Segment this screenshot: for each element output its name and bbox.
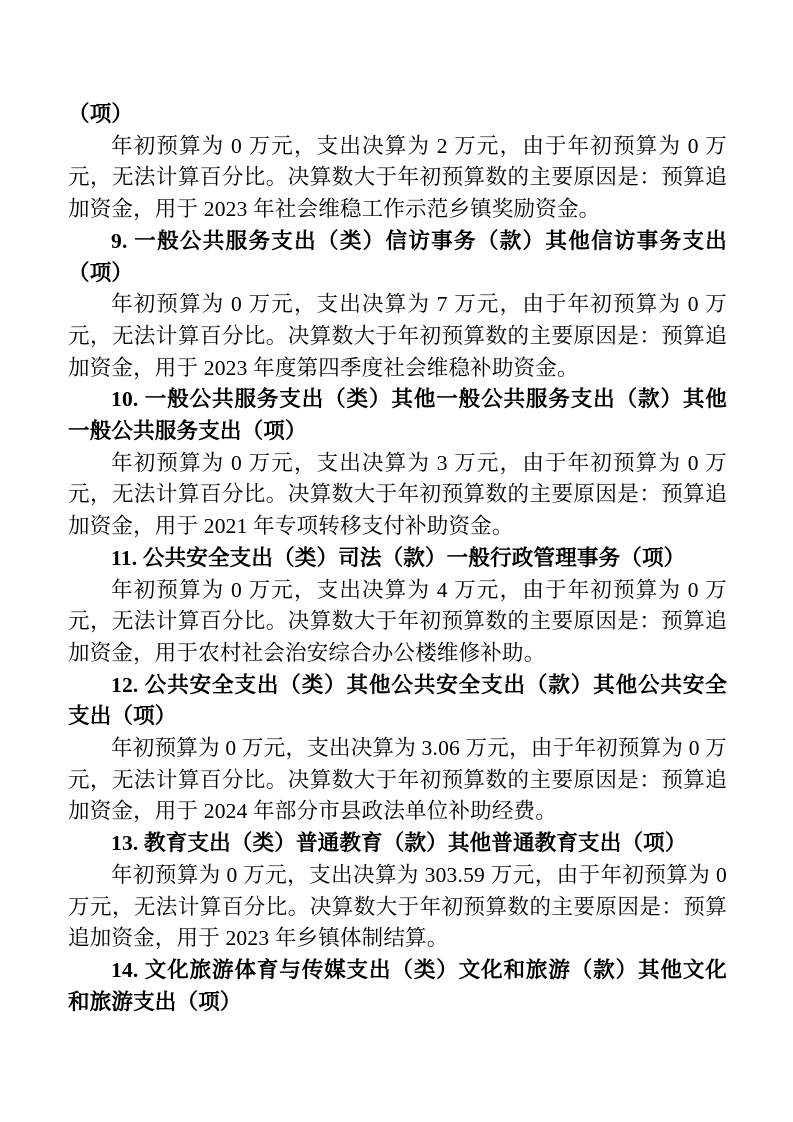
section-heading-continuation: （项） bbox=[68, 99, 727, 131]
section-heading: 10. 一般公共服务支出（类）其他一般公共服务支出（款）其他一般公共服务支出（项… bbox=[68, 384, 727, 447]
document-page: （项）年初预算为 0 万元，支出决算为 2 万元，由于年初预算为 0 万元，无法… bbox=[0, 0, 793, 1122]
document-content: （项）年初预算为 0 万元，支出决算为 2 万元，由于年初预算为 0 万元，无法… bbox=[68, 99, 727, 1018]
body-paragraph: 年初预算为 0 万元，支出决算为 3 万元，由于年初预算为 0 万元，无法计算百… bbox=[68, 448, 727, 543]
body-paragraph: 年初预算为 0 万元，支出决算为 7 万元，由于年初预算为 0 万元，无法计算百… bbox=[68, 289, 727, 384]
section-heading: 9. 一般公共服务支出（类）信访事务（款）其他信访事务支出（项） bbox=[68, 226, 727, 289]
body-paragraph: 年初预算为 0 万元，支出决算为 2 万元，由于年初预算为 0 万元，无法计算百… bbox=[68, 131, 727, 226]
section-heading: 14. 文化旅游体育与传媒支出（类）文化和旅游（款）其他文化和旅游支出（项） bbox=[68, 955, 727, 1018]
section-heading: 12. 公共安全支出（类）其他公共安全支出（款）其他公共安全支出（项） bbox=[68, 670, 727, 733]
section-heading: 11. 公共安全支出（类）司法（款）一般行政管理事务（项） bbox=[68, 543, 727, 575]
body-paragraph: 年初预算为 0 万元，支出决算为 4 万元，由于年初预算为 0 万元，无法计算百… bbox=[68, 575, 727, 670]
body-paragraph: 年初预算为 0 万元，支出决算为 3.06 万元，由于年初预算为 0 万元，无法… bbox=[68, 733, 727, 828]
body-paragraph: 年初预算为 0 万元，支出决算为 303.59 万元，由于年初预算为 0 万元，… bbox=[68, 860, 727, 955]
section-heading: 13. 教育支出（类）普通教育（款）其他普通教育支出（项） bbox=[68, 828, 727, 860]
